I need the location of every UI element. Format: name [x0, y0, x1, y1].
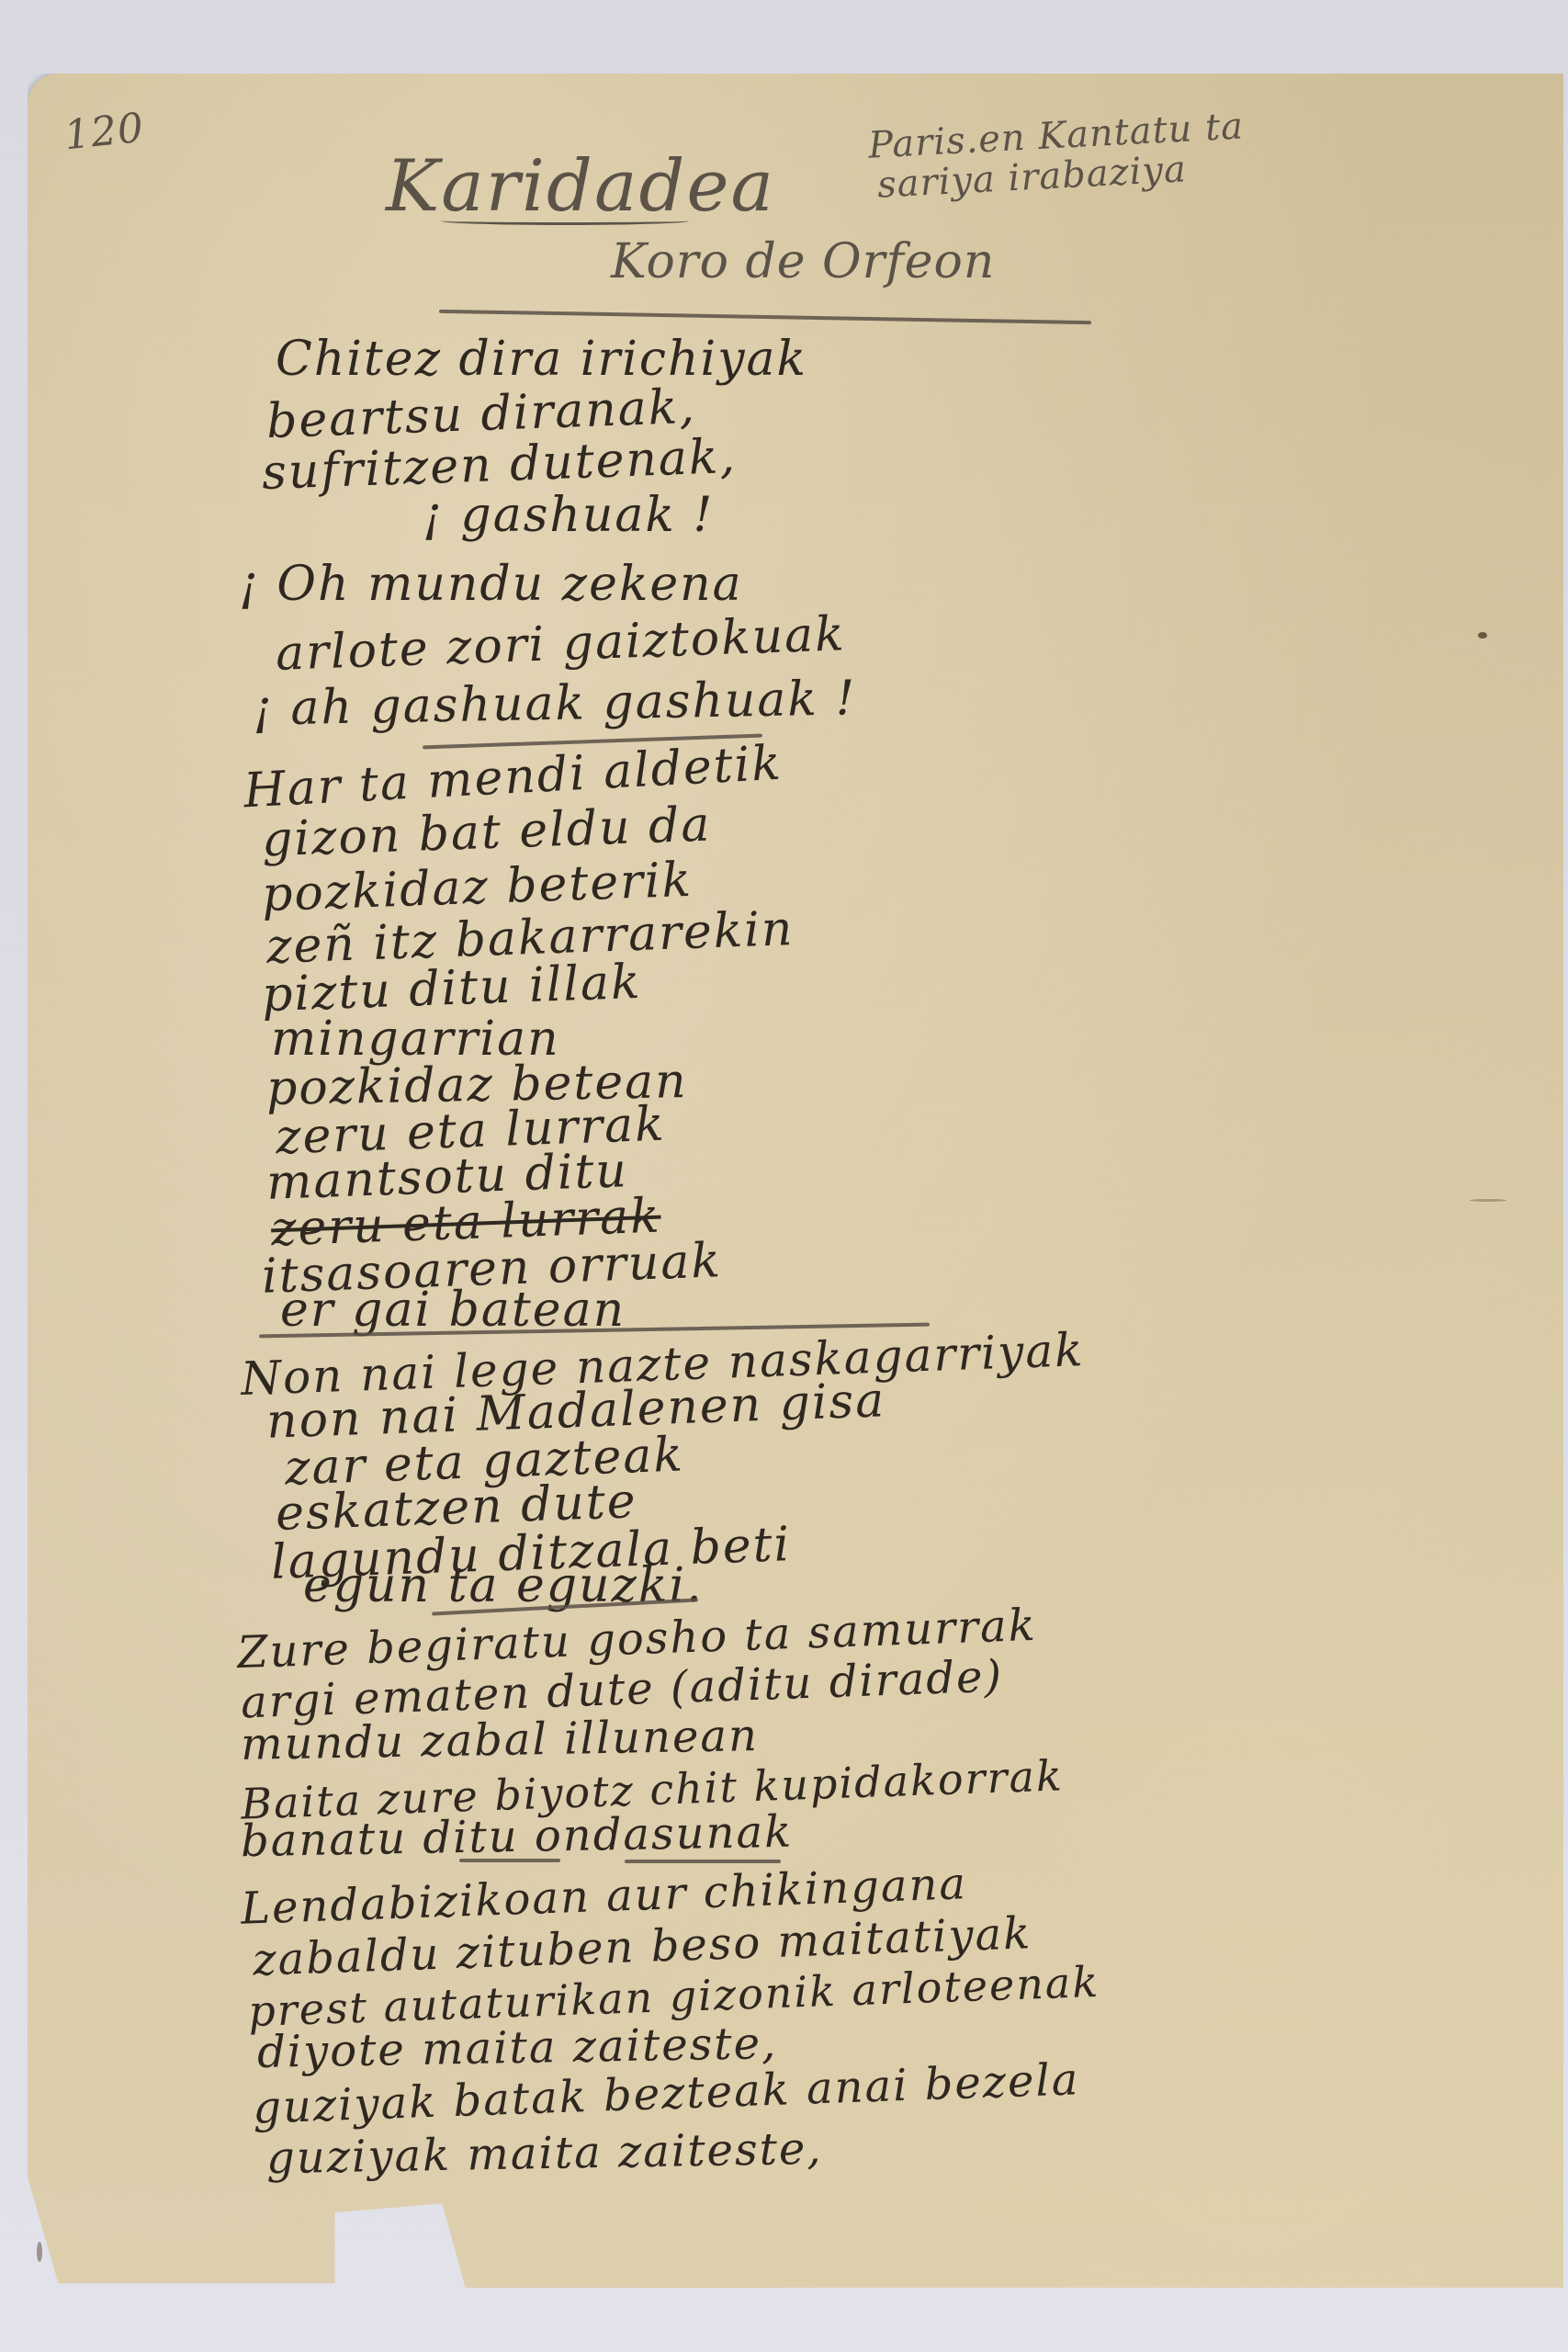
paper-crease: [1470, 1199, 1506, 1202]
verse-line: banatu ditu ondasunak: [241, 1810, 794, 1863]
verse-line: ¡ Oh mundu zekena: [239, 560, 743, 608]
folio-number: 120: [62, 105, 147, 160]
verse-line: er gai batean: [280, 1286, 626, 1334]
verse-line: mingarrian: [271, 1015, 560, 1063]
verse-line: ¡ gashuak !: [423, 492, 714, 539]
verse-line: piztu ditu illak: [261, 958, 642, 1019]
title-underline: [441, 217, 689, 225]
ink-spot: [1478, 632, 1487, 639]
word-overline: [459, 1859, 560, 1862]
paper-stain: [37, 2242, 42, 2262]
document-title: Karidadea: [386, 145, 775, 228]
word-overline: [625, 1860, 781, 1863]
document-subtitle: Koro de Orfeon: [611, 234, 995, 289]
verse-line: Chitez dira irichiyak: [276, 335, 807, 383]
verse-line: ¡ ah gashuak gashuak !: [253, 674, 857, 732]
verse-line: guziyak maita zaiteste,: [266, 2127, 823, 2181]
verse-line: mundu zabal illunean: [241, 1713, 760, 1767]
